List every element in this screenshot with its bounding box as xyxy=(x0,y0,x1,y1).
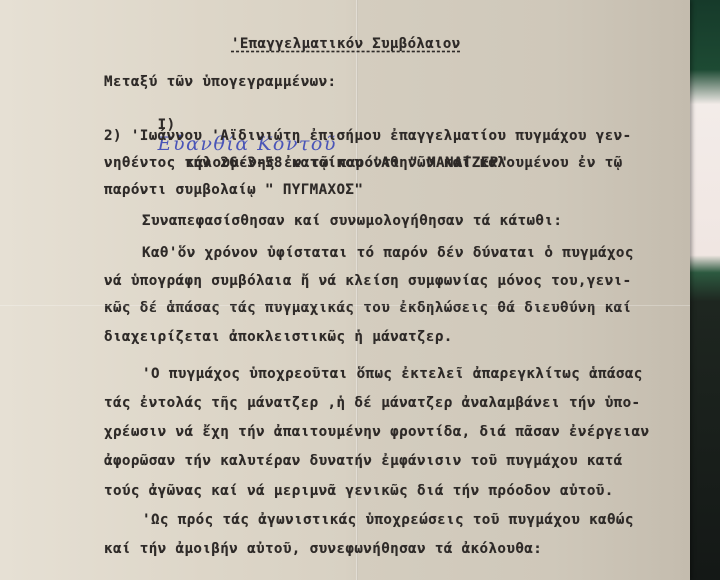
clause-1-line-4: διαχειρίζεται ἀποκλειστικῶς ἡ μάνατζερ. xyxy=(104,329,453,345)
parties-intro: Μεταξύ τῶν ὑπογεγραμμένων: xyxy=(104,74,336,90)
clause-2-line-1: 'Ο πυγμάχος ὑποχρεοῦται ὅπως ἐκτελεῖ ἀπα… xyxy=(142,366,643,382)
clause-2-line-5: τούς ἀγῶνας καί νά μεριμνᾶ γενικῶς διά τ… xyxy=(104,483,614,499)
party-2-details: νηθέντος τήν 26-3-58 κατοίκου 'Αθηνῶν κα… xyxy=(104,155,623,171)
party-1-line: I) Εὐανθία Κοντοῦ καλουμένης ἐν τῷ παρόν… xyxy=(104,101,508,187)
clause-1-line-2: νά ὑπογράφη συμβόλαια ἤ νά κλείση συμφων… xyxy=(104,273,632,289)
document-title: 'Επαγγελματικόν Συμβόλαιον xyxy=(231,36,461,52)
clause-2-line-4: ἀφορῶσαν τήν καλυτέραν δυνατήν ἐμφάνισιν… xyxy=(104,453,623,469)
clause-3-line-1: 'Ως πρός τάς ἀγωνιστικάς ὑποχρεώσεις τοῦ… xyxy=(142,512,634,528)
clause-1-line-3: κῶς δέ ἁπάσας τάς πυγμαχικάς του ἐκδηλώσ… xyxy=(104,300,632,316)
party-2-role: παρόντι συμβολαίῳ " ΠΥΓΜΑΧΟΣ" xyxy=(104,182,363,198)
clause-2-line-3: χρέωσιν νά ἔχη τήν ἀπαιτουμένην φροντίδα… xyxy=(104,424,649,440)
contract-page: 'Επαγγελματικόν Συμβόλαιον Μεταξύ τῶν ὑπ… xyxy=(0,0,690,580)
clause-1-line-1: Καθ'ὅν χρόνον ὑφίσταται τό παρόν δέν δύν… xyxy=(142,245,634,261)
clause-3-line-2: καί τήν ἀμοιβήν αὐτοῦ, συνεφωνήθησαν τά … xyxy=(104,541,542,557)
agreement-intro: Συναπεφασίσθησαν καί συνωμολογήθησαν τά … xyxy=(142,213,562,229)
clause-2-line-2: τάς ἐντολάς τῆς μάνατζερ ,ἡ δέ μάνατζερ … xyxy=(104,395,641,411)
party-2-line: 2) 'Ιωάννου 'Αϊδινιώτη ἐπισήμου ἐπαγγελμ… xyxy=(104,128,632,144)
